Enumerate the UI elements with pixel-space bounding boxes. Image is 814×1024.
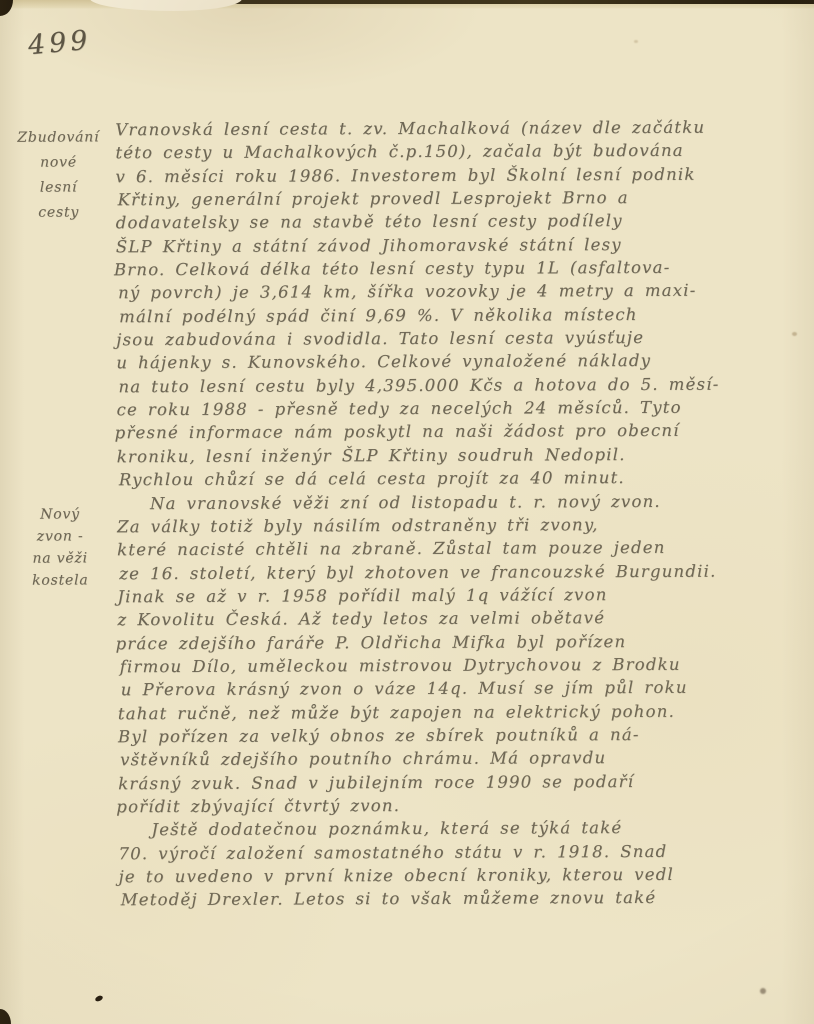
body-line: Brno. Celková délka této lesní cesty typ… [114, 255, 805, 281]
margin-note-line: Zbudování [8, 125, 108, 150]
body-line: firmou Dílo, uměleckou mistrovou Dytrych… [120, 652, 811, 678]
body-line: tahat ručně, než může být zapojen na ele… [118, 699, 809, 725]
paper-speck [792, 332, 797, 336]
paragraph: Na vranovské věži zní od listopadu t. r.… [117, 489, 809, 819]
body-line: jsou zabudována i svodidla. Tato lesní c… [116, 325, 807, 351]
body-line: Jinak se až v r. 1958 pořídil malý 1q vá… [117, 582, 808, 608]
body-line: dodavatelsky se na stavbě této lesní ces… [116, 209, 807, 235]
margin-note-line: cesty [9, 200, 109, 225]
body-line: Za války totiž byly násilím odstraněny t… [117, 512, 808, 538]
page-sheet: 499 Zbudovánínovélesnícesty Novýzvon -na… [0, 0, 814, 1024]
margin-note-line: na věži [10, 547, 110, 569]
body-line: z Kovolitu Česká. Až tedy letos za velmi… [117, 605, 808, 631]
paper-speck [760, 988, 766, 994]
body-line: této cesty u Machalkových č.p.150), zača… [115, 139, 806, 165]
body-line: ŠLP Křtiny a státní závod Jihomoravské s… [116, 232, 807, 258]
body-line: pořídit zbývající čtvrtý zvon. [116, 792, 807, 818]
body-line: na tuto lesní cestu byly 4,395.000 Kčs a… [118, 372, 809, 398]
body-line: je to uvedeno v první knize obecní kroni… [119, 862, 810, 888]
body-line: krásný zvuk. Snad v jubilejním roce 1990… [118, 769, 809, 795]
body-line: vštěvníků zdejšího poutního chrámu. Má o… [120, 746, 811, 772]
body-line: Rychlou chůzí se dá celá cesta projít za… [119, 465, 810, 491]
margin-note-line: zvon - [10, 525, 110, 547]
body-line: práce zdejšího faráře P. Oldřicha Mifka … [116, 629, 807, 655]
body-line: u hájenky s. Kunovského. Celkové vynalož… [116, 349, 807, 375]
paper-speck [634, 40, 638, 43]
paragraph: Vranovská lesní cesta t. zv. Machalková … [115, 115, 808, 492]
chronicle-scan: 499 Zbudovánínovélesnícesty Novýzvon -na… [0, 0, 814, 1024]
body-line: Vranovská lesní cesta t. zv. Machalková … [115, 115, 806, 141]
body-line: Křtiny, generální projekt provedl Lespro… [118, 185, 809, 211]
body-line: ce roku 1988 - přesně tedy za necelých 2… [117, 395, 808, 421]
body-line: Metoděj Drexler. Letos si to však můžeme… [121, 886, 812, 912]
body-line: Byl pořízen za velký obnos ze sbírek pou… [118, 722, 809, 748]
body-text: Vranovská lesní cesta t. zv. Machalková … [115, 115, 809, 912]
body-line: ze 16. století, který byl zhotoven ve fr… [119, 559, 810, 585]
margin-note-2: Novýzvon -na věžikostela [10, 503, 110, 591]
margin-note-line: kostela [10, 569, 110, 591]
body-line: ný povrch) je 3,614 km, šířka vozovky je… [118, 279, 809, 305]
body-line: v 6. měsíci roku 1986. Investorem byl Šk… [115, 162, 806, 188]
margin-note-line: Nový [10, 503, 110, 525]
body-line: kroniku, lesní inženýr ŠLP Křtiny soudru… [117, 442, 808, 468]
margin-note-line: lesní [9, 175, 109, 200]
paragraph: Ještě dodatečnou poznámku, která se týká… [118, 816, 809, 912]
body-line: přesné informace nám poskytl na naši žád… [115, 419, 806, 445]
margin-note-1: Zbudovánínovélesnícesty [8, 125, 108, 225]
page-number: 499 [27, 25, 93, 62]
body-line: Ještě dodatečnou poznámku, která se týká… [118, 816, 809, 842]
body-line: které nacisté chtěli na zbraně. Zůstal t… [117, 535, 808, 561]
margin-note-line: nové [8, 150, 108, 175]
body-line: Na vranovské věži zní od listopadu t. r.… [117, 489, 808, 515]
body-line: 70. výročí založení samostatného státu v… [118, 839, 809, 865]
body-line: u Přerova krásný zvon o váze 14q. Musí s… [121, 675, 812, 701]
body-line: mální podélný spád činí 9,69 %. V několi… [119, 302, 810, 328]
